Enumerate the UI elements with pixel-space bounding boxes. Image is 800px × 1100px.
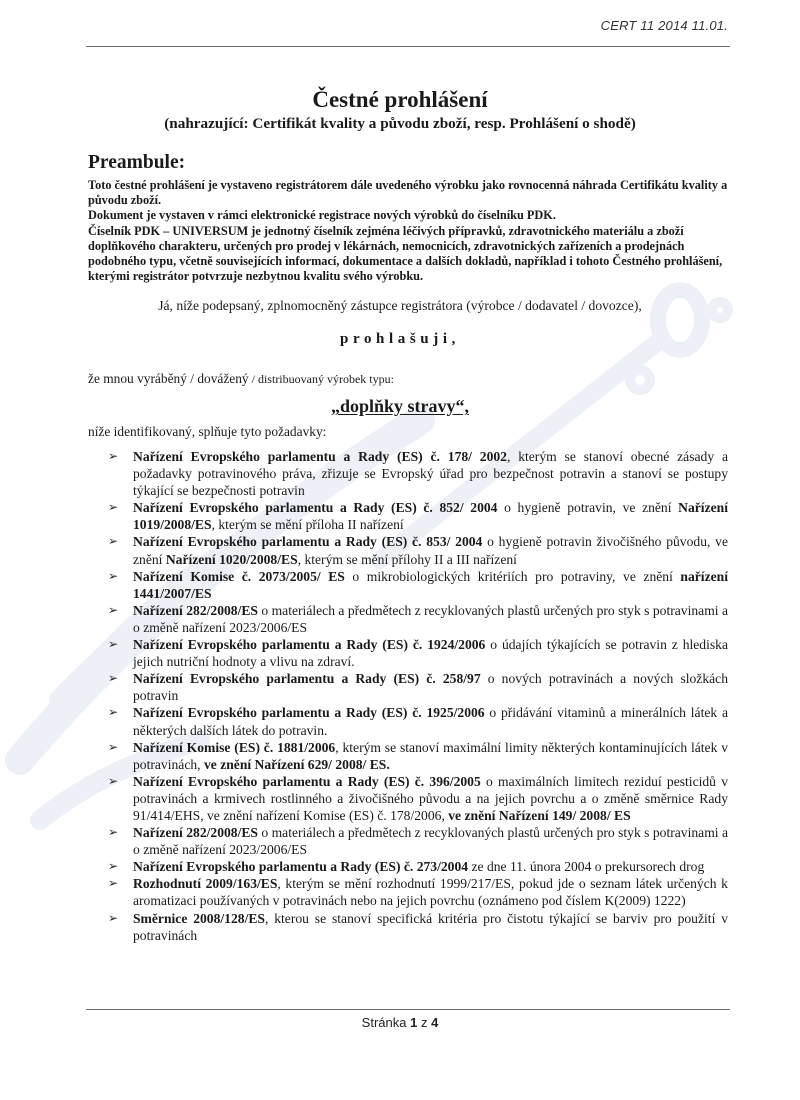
requirement-item: ➢Nařízení Evropského parlamentu a Rady (… <box>108 448 728 499</box>
regulation-reference: Nařízení Evropského parlamentu a Rady (E… <box>133 637 485 652</box>
page-footer: Stránka 1 z 4 <box>0 1015 800 1030</box>
requirement-item: ➢Nařízení Evropského parlamentu a Rady (… <box>108 499 728 533</box>
product-line: že mnou vyráběný / dovážený / distribuov… <box>88 371 394 387</box>
arrowhead-bullet-icon: ➢ <box>108 448 118 465</box>
requirement-item: ➢Směrnice 2008/128/ES, kterou se stanoví… <box>108 910 728 944</box>
regulation-reference: Rozhodnutí 2009/163/ES <box>133 876 277 891</box>
regulation-reference: Nařízení Evropského parlamentu a Rady (E… <box>133 500 497 515</box>
requirement-item: ➢Nařízení Evropského parlamentu a Rady (… <box>108 773 728 824</box>
arrowhead-bullet-icon: ➢ <box>108 858 118 875</box>
page-title: Čestné prohlášení <box>0 87 800 113</box>
regulation-description: o hygieně potravin, ve znění <box>497 500 678 515</box>
preamble-paragraph: Toto čestné prohlášení je vystaveno regi… <box>88 178 738 208</box>
footer-rule <box>86 1009 730 1010</box>
regulation-reference: Nařízení Komise (ES) č. 1881/2006 <box>133 740 335 755</box>
regulation-reference: Nařízení 1020/2008/ES <box>166 552 298 567</box>
requirement-item: ➢Rozhodnutí 2009/163/ES, kterým se mění … <box>108 875 728 909</box>
declare-heading: prohlašuji, <box>0 331 800 348</box>
regulation-reference: Nařízení Evropského parlamentu a Rady (E… <box>133 534 482 549</box>
requirement-item: ➢Nařízení Evropského parlamentu a Rady (… <box>108 704 728 738</box>
page-subtitle: (nahrazující: Certifikát kvality a původ… <box>0 115 800 133</box>
arrowhead-bullet-icon: ➢ <box>108 875 118 892</box>
requirements-list: ➢Nařízení Evropského parlamentu a Rady (… <box>108 448 728 944</box>
page-separator: z <box>421 1015 428 1030</box>
requirement-item: ➢Nařízení Evropského parlamentu a Rady (… <box>108 533 728 567</box>
regulation-description: , kterým se mění přílohy II a III naříze… <box>298 552 517 567</box>
regulation-reference: Nařízení 282/2008/ES <box>133 603 258 618</box>
arrowhead-bullet-icon: ➢ <box>108 568 118 585</box>
preamble-text: Toto čestné prohlášení je vystaveno regi… <box>88 178 738 284</box>
arrowhead-bullet-icon: ➢ <box>108 773 118 790</box>
regulation-reference: Nařízení Evropského parlamentu a Rady (E… <box>133 774 481 789</box>
arrowhead-bullet-icon: ➢ <box>108 739 118 756</box>
preamble-paragraph: Číselník PDK – UNIVERSUM je jednotný čís… <box>88 224 738 285</box>
regulation-reference: Nařízení Evropského parlamentu a Rady (E… <box>133 705 485 720</box>
requirements-intro: níže identifikovaný, splňuje tyto požada… <box>88 424 326 440</box>
arrowhead-bullet-icon: ➢ <box>108 704 118 721</box>
preamble-heading: Preambule: <box>88 152 185 174</box>
product-line-main: že mnou vyráběný / dovážený <box>88 371 249 386</box>
page-label: Stránka <box>362 1015 407 1030</box>
current-page: 1 <box>410 1015 417 1030</box>
product-type: „doplňky stravy“, <box>0 396 800 417</box>
regulation-reference: ve znění Nařízení 629/ 2008/ ES. <box>204 757 390 772</box>
regulation-description: o mikrobiologických kritériích pro potra… <box>345 569 681 584</box>
product-line-small: / distribuovaný výrobek typu: <box>249 372 394 386</box>
arrowhead-bullet-icon: ➢ <box>108 499 118 516</box>
document-code: CERT 11 2014 11.01. <box>601 18 728 33</box>
regulation-description: , kterým se mění příloha II nařízení <box>212 517 404 532</box>
requirement-item: ➢Nařízení Evropského parlamentu a Rady (… <box>108 636 728 670</box>
requirement-item: ➢Nařízení Komise č. 2073/2005/ ES o mikr… <box>108 568 728 602</box>
requirement-item: ➢Nařízení Evropského parlamentu a Rady (… <box>108 858 728 875</box>
regulation-reference: ve znění Nařízení 149/ 2008/ ES <box>448 808 630 823</box>
regulation-reference: Směrnice 2008/128/ES <box>133 911 265 926</box>
arrowhead-bullet-icon: ➢ <box>108 602 118 619</box>
header-rule <box>86 46 730 47</box>
arrowhead-bullet-icon: ➢ <box>108 910 118 927</box>
arrowhead-bullet-icon: ➢ <box>108 824 118 841</box>
requirement-item: ➢Nařízení Evropského parlamentu a Rady (… <box>108 670 728 704</box>
requirement-item: ➢Nařízení 282/2008/ES o materiálech a př… <box>108 602 728 636</box>
total-pages: 4 <box>431 1015 438 1030</box>
regulation-reference: Nařízení Evropského parlamentu a Rady (E… <box>133 671 481 686</box>
regulation-reference: Nařízení 282/2008/ES <box>133 825 258 840</box>
arrowhead-bullet-icon: ➢ <box>108 670 118 687</box>
regulation-reference: Nařízení Evropského parlamentu a Rady (E… <box>133 859 468 874</box>
requirement-item: ➢Nařízení 282/2008/ES o materiálech a př… <box>108 824 728 858</box>
arrowhead-bullet-icon: ➢ <box>108 533 118 550</box>
document-page: CERT 11 2014 11.01. Čestné prohlášení (n… <box>0 0 800 1100</box>
regulation-reference: Nařízení Evropského parlamentu a Rady (E… <box>133 449 507 464</box>
regulation-description: ze dne 11. února 2004 o prekursorech dro… <box>468 859 704 874</box>
regulation-reference: Nařízení Komise č. 2073/2005/ ES <box>133 569 345 584</box>
requirement-item: ➢Nařízení Komise (ES) č. 1881/2006, kter… <box>108 739 728 773</box>
arrowhead-bullet-icon: ➢ <box>108 636 118 653</box>
declarant-line: Já, níže podepsaný, zplnomocněný zástupc… <box>0 298 800 314</box>
preamble-paragraph: Dokument je vystaven v rámci elektronick… <box>88 208 738 223</box>
